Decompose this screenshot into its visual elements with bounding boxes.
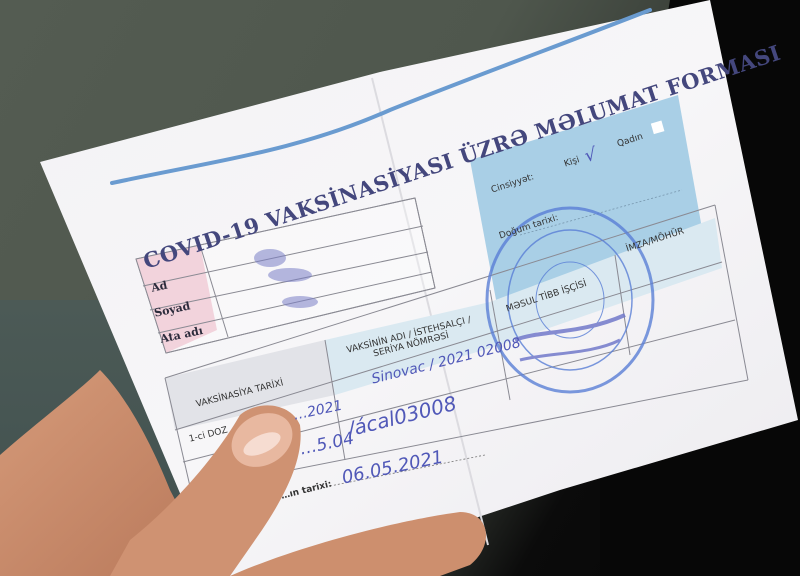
photo-scene: COVID-19 VAKSİNASİYASI ÜZRƏ MƏLUMAT FORM…: [0, 0, 800, 576]
